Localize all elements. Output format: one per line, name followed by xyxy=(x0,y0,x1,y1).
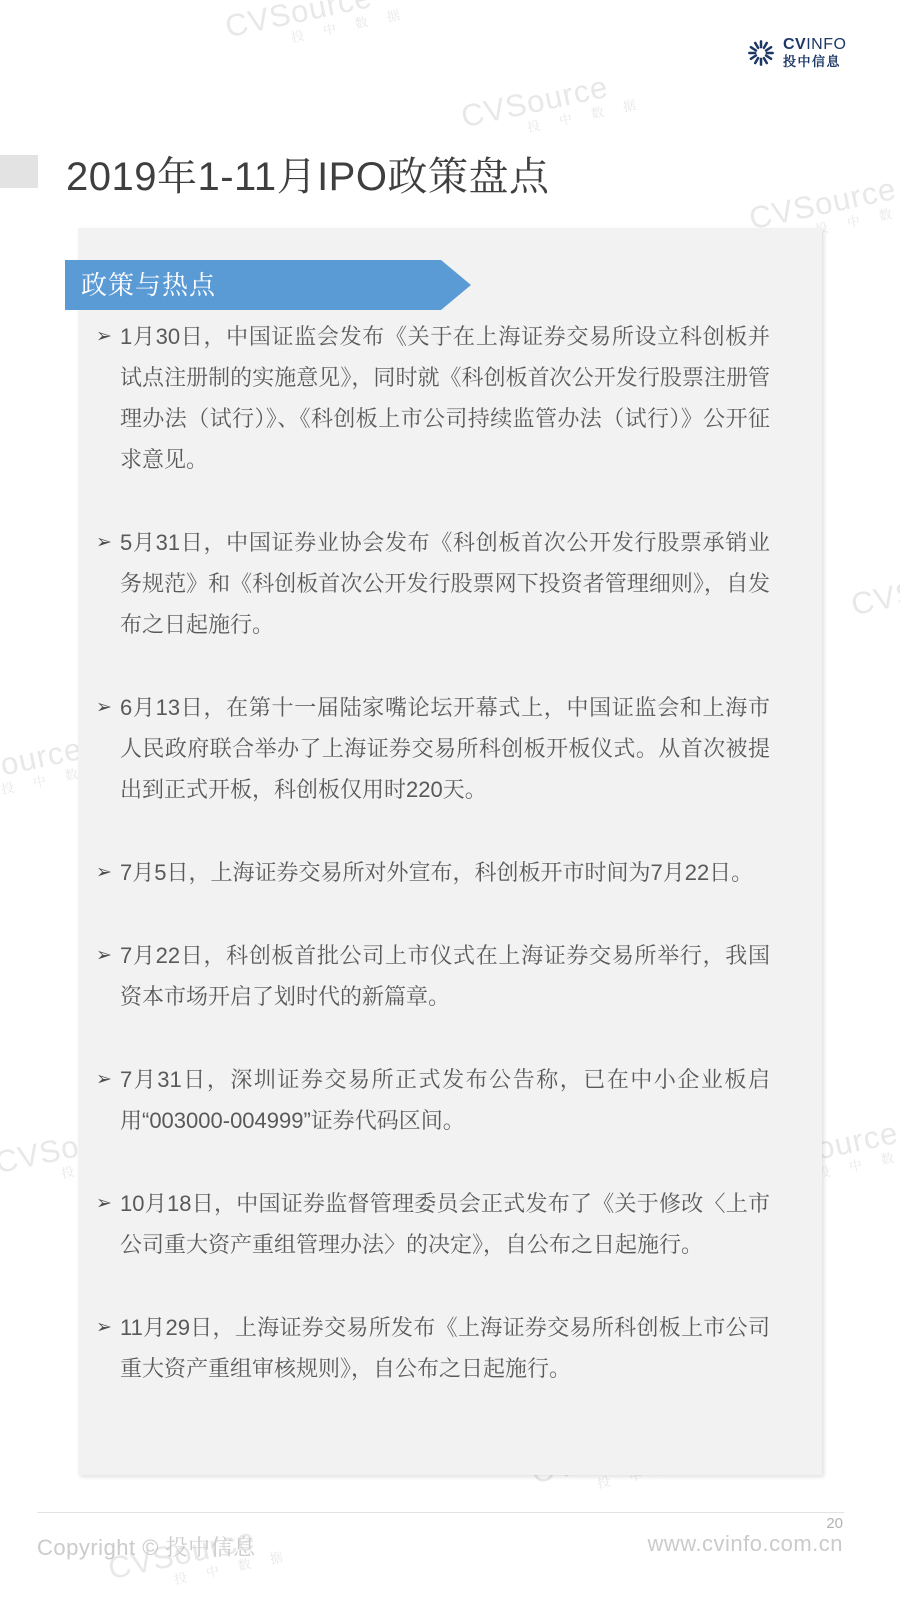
arrow-bullet-icon: ➢ xyxy=(96,1059,112,1100)
logo-subtitle: 投中信息 xyxy=(783,55,846,69)
logo-text: CVINFO 投中信息 xyxy=(783,37,846,68)
policy-bullet-text: 11月29日，上海证券交易所发布《上海证券交易所科创板上市公司重大资产重组审核规… xyxy=(120,1315,770,1381)
policy-bullet-text: 7月31日，深圳证券交易所正式发布公告称，已在中小企业板启用“003000-00… xyxy=(120,1067,770,1133)
policy-bullet-item: ➢ 7月22日，科创板首批公司上市仪式在上海证券交易所举行，我国资本市场开启了划… xyxy=(96,935,770,1017)
policy-bullet-item: ➢ 1月30日，中国证监会发布《关于在上海证券交易所设立科创板并试点注册制的实施… xyxy=(96,316,770,480)
policy-bullet-text: 10月18日，中国证券监督管理委员会正式发布了《关于修改〈上市公司重大资产重组管… xyxy=(120,1191,770,1257)
policy-bullet-text: 1月30日，中国证监会发布《关于在上海证券交易所设立科创板并试点注册制的实施意见… xyxy=(120,324,770,472)
footer-copyright: Copyright © 投中信息 xyxy=(37,1531,256,1562)
arrow-bullet-icon: ➢ xyxy=(96,316,112,357)
arrow-bullet-icon: ➢ xyxy=(96,687,112,728)
arrow-bullet-icon: ➢ xyxy=(96,1183,112,1224)
page-title: 2019年1-11月IPO政策盘点 xyxy=(66,152,549,202)
arrow-bullet-icon: ➢ xyxy=(96,852,112,893)
policy-bullet-text: 7月5日，上海证券交易所对外宣布，科创板开市时间为7月22日。 xyxy=(120,860,753,885)
policy-bullet-text: 6月13日，在第十一届陆家嘴论坛开幕式上，中国证监会和上海市人民政府联合举办了上… xyxy=(120,695,770,802)
logo-wordmark: CVINFO xyxy=(783,37,846,54)
cvinfo-pinwheel-icon xyxy=(746,38,776,68)
policy-bullet-item: ➢ 11月29日，上海证券交易所发布《上海证券交易所科创板上市公司重大资产重组审… xyxy=(96,1307,770,1389)
section-banner: 政策与热点 xyxy=(65,260,471,310)
policy-bullet-item: ➢ 10月18日，中国证券监督管理委员会正式发布了《关于修改〈上市公司重大资产重… xyxy=(96,1183,770,1265)
policy-bullet-text: 5月31日，中国证券业协会发布《科创板首次公开发行股票承销业务规范》和《科创板首… xyxy=(120,530,770,637)
cvinfo-logo: CVINFO 投中信息 xyxy=(746,37,846,68)
policy-bullet-list: ➢ 1月30日，中国证监会发布《关于在上海证券交易所设立科创板并试点注册制的实施… xyxy=(96,316,772,1431)
footer-divider xyxy=(37,1512,844,1513)
policy-bullet-item: ➢ 6月13日，在第十一届陆家嘴论坛开幕式上，中国证监会和上海市人民政府联合举办… xyxy=(96,687,770,810)
arrow-bullet-icon: ➢ xyxy=(96,1307,112,1348)
footer-website-link[interactable]: www.cvinfo.com.cn xyxy=(647,1531,843,1557)
page-number: 20 xyxy=(826,1515,843,1532)
policy-bullet-text: 7月22日，科创板首批公司上市仪式在上海证券交易所举行，我国资本市场开启了划时代… xyxy=(120,943,770,1009)
cvsource-watermark: CVSource 投 中 数 据 xyxy=(222,0,409,59)
policy-bullet-item: ➢ 7月31日，深圳证券交易所正式发布公告称，已在中小企业板启用“003000-… xyxy=(96,1059,770,1141)
arrow-bullet-icon: ➢ xyxy=(96,522,112,563)
policy-bullet-item: ➢ 7月5日，上海证券交易所对外宣布，科创板开市时间为7月22日。 xyxy=(96,852,770,893)
cvsource-watermark: CVSource 投 中 数 据 xyxy=(848,550,900,637)
title-accent-block xyxy=(0,155,38,188)
cvsource-watermark: CVSource 投 中 数 据 xyxy=(458,62,645,149)
policy-bullet-item: ➢ 5月31日，中国证券业协会发布《科创板首次公开发行股票承销业务规范》和《科创… xyxy=(96,522,770,645)
arrow-bullet-icon: ➢ xyxy=(96,935,112,976)
